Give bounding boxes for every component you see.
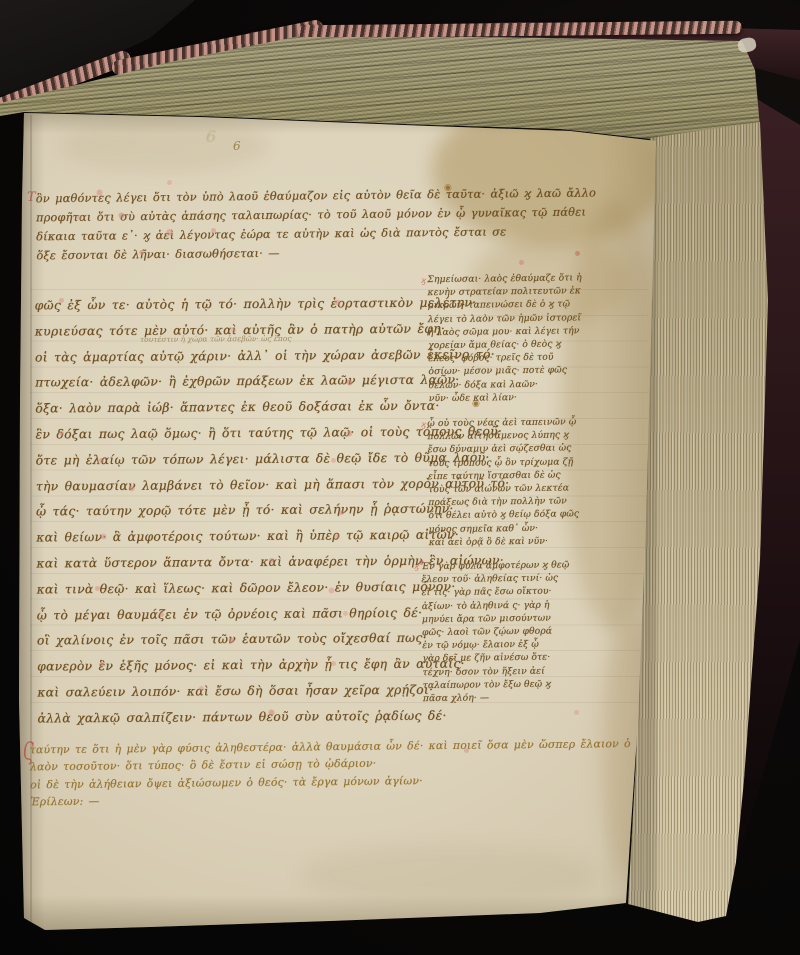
water-stain <box>300 845 600 905</box>
manuscript-photo: 6 6 ◉ ◉ Τ ὃν μαθόντες λέγει ὅτι τὸν ὑπὸ … <box>0 0 800 955</box>
main-text-line: οἱ τὰς ἁμαρτίας αὐτῷ χάριν· ἀλλ᾽ οἱ τὴν … <box>35 342 453 371</box>
folio-number: 6 <box>233 139 241 153</box>
scholia-block-1: Σημείωσαι· λαὸς ἐθαύμαζε ὅτι ἡκενὴν στρα… <box>427 271 609 405</box>
main-text-line: φανερὸν ἓν ἑξῆς μόνος· εἰ καὶ τὴν ἀρχὴν … <box>37 652 455 681</box>
scholion-rubric-mark: ϗ <box>414 562 419 571</box>
scholia-block-2: ᾧ οὐ τοὺς νέας ἀεὶ ταπεινῶν ᾧπολλῶν αἰτη… <box>427 415 609 549</box>
scholion-line: καὶ ἀεὶ ὁρᾷ ὃ δὲ καὶ νῦν· <box>429 534 609 549</box>
main-text-line: ᾧ τὸ μέγαι θαυμάζει ἐν τῷ ὀρνέοις καὶ πᾶ… <box>37 600 455 629</box>
scholion-line: κενὴν στρατείαν πολιτευτῶν ἐκ <box>427 284 607 299</box>
scholia-block-3: Ἐν γὰρ φύλα ἀμφοτέρων ϗ θεῷἔλεον τοῦ· ἀλ… <box>421 558 603 705</box>
top-paragraph: ὃν μαθόντες λέγει ὅτι τὸν ὑπὸ λαοῦ ἐθαύμ… <box>36 183 662 266</box>
scholion-line: νῦν· ὧδε καὶ λίαν· <box>429 390 609 405</box>
main-text-line: πτωχεία· ἀδελφῶν· ἢ ἐχθρῶν πράξεων ἐκ λα… <box>35 368 453 397</box>
main-text-column: φῶς ἐξ ὧν τε· αὐτὸς ἡ τῷ τό· πολλὴν τρὶς… <box>34 291 455 732</box>
main-text-line: καὶ τινὰ θεῷ· καὶ ἵλεως· καὶ δῶρον ἔλεον… <box>36 574 454 603</box>
main-text-line: καὶ θείων· ἃ ἀμφοτέροις τούτων· καὶ ἢ ὑπ… <box>36 523 454 552</box>
main-text-line: φῶς ἐξ ὧν τε· αὐτὸς ἡ τῷ τό· πολλὴν τρὶς… <box>34 291 452 320</box>
main-text-line: ἀλλὰ χαλκῷ σαλπίζειν· πάντων θεοῦ σὺν αὐ… <box>37 703 455 732</box>
page-bottom-shading <box>20 895 640 930</box>
main-text-line: ὅτε μὴ ἐλαίῳ τῶν τόπων λέγει· μάλιστα δὲ… <box>36 445 454 474</box>
folio-number-faded: 6 <box>206 127 216 146</box>
rubric-initial-top: Τ <box>27 190 36 205</box>
main-text-line: τὴν θαυμασίαν λαμβάνει τὸ θεῖον· καὶ μὴ … <box>36 471 454 500</box>
main-text-line: οἳ χαλίνοις ἐν τοῖς πᾶσι τῶν ἑαυτῶν τοὺς… <box>37 626 455 655</box>
main-text-line: ᾧ τάς· ταύτην χορῷ τότε μὲν ᾖ τό· καὶ σε… <box>36 497 454 526</box>
interlinear-gloss: τουτέστιν ἡ χώρα τῶν ἀσεβῶν· ὡς ἔπος <box>140 333 410 344</box>
main-text-line: ἓν δόξαι πως λαῷ ὅμως· ἢ ὅτι ταύτης τῷ λ… <box>35 420 453 449</box>
main-text-line: καὶ σαλεύειν λοιπόν· καὶ ἔσω δὴ ὅσαι ἦσα… <box>37 677 455 706</box>
main-text-line: καὶ κατὰ ὕστερον ἅπαντα ὄντα· καὶ ἀναφέρ… <box>36 549 454 578</box>
bottom-paragraph: ταύτην τε ὅτι ἡ μὲν γὰρ φύσις ἀληθεστέρα… <box>30 735 656 811</box>
scholion-rubric-mark: ϗ <box>421 420 426 429</box>
scholion-rubric-mark: ϗ <box>421 276 426 285</box>
scholion-line: λέγει τὸ λαὸν τῶν ἡμῶν ἱστορεῖ <box>428 311 608 326</box>
main-text-line: ὅξα· λαὸν παρὰ ἰώβ· ἅπαντες ἐκ θεοῦ δοξά… <box>35 394 453 423</box>
scholion-line: πᾶσα χλόη· — <box>423 690 603 705</box>
